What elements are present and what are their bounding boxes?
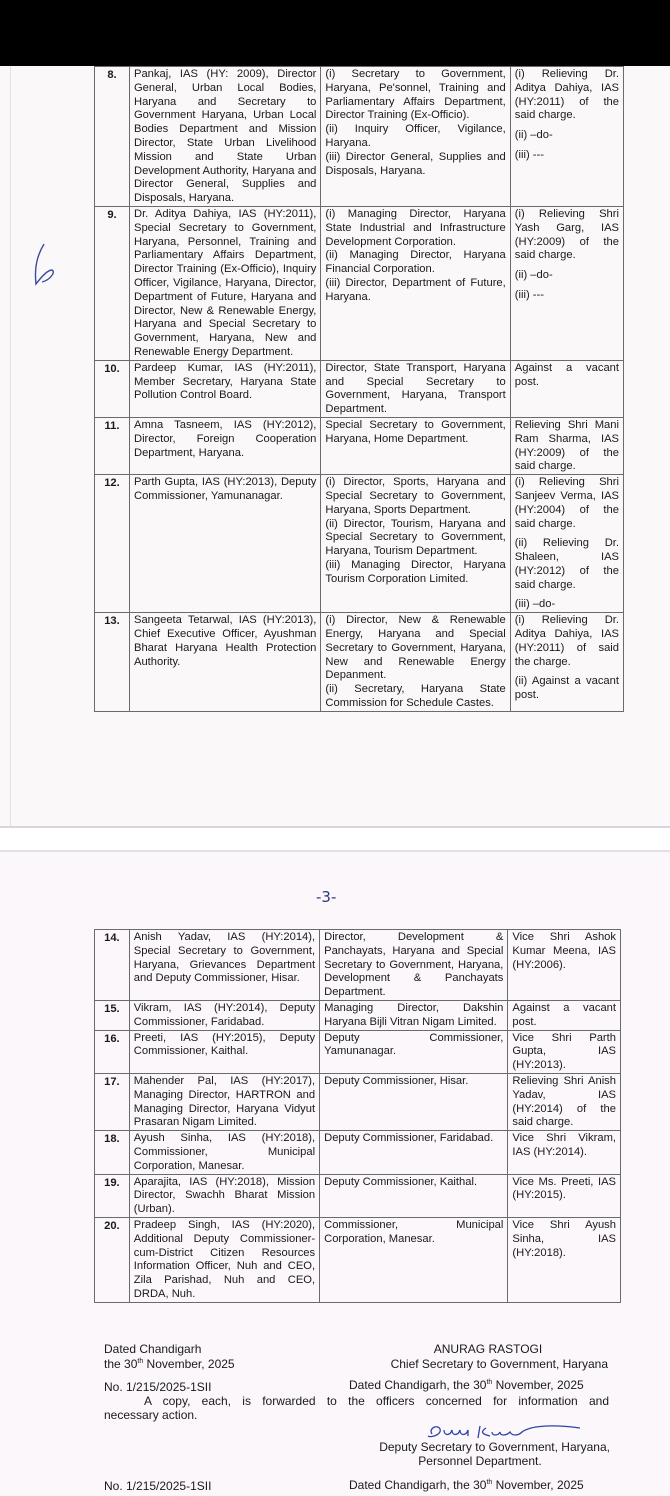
officer-cell: Pradeep Singh, IAS (HY:2020), Additional… [129, 1217, 319, 1302]
dated-date: the 30th November, 2025 [104, 1357, 235, 1371]
remark-item: (ii) Against a vacant post. [515, 675, 619, 703]
serial-number: 8. [95, 67, 130, 207]
posting-cell: (i) Managing Director, Haryana State Ind… [321, 206, 510, 360]
remarks-cell: Vice Ms. Preeti, IAS (HY:2015). [508, 1174, 621, 1217]
serial-number: 17. [95, 1073, 130, 1130]
posting-item: (i) Director, Sports, Haryana and Specia… [325, 476, 505, 517]
memo-number-2: No. 1/215/2025-1SII [104, 1479, 211, 1493]
officer-cell: Vikram, IAS (HY:2014), Deputy Commission… [129, 1000, 319, 1030]
serial-number: 15. [95, 1000, 130, 1030]
forward-text: A copy, each, is forwarded to the office… [104, 1394, 609, 1408]
posting-item: (i) Director, New & Renewable Energy, Ha… [325, 614, 505, 683]
serial-number: 13. [95, 613, 130, 712]
remark-item: Vice Shri Parth Gupta, IAS (HY:2013). [512, 1032, 616, 1073]
remark-item: Relieving Shri Anish Yadav, IAS (HY:2014… [512, 1075, 616, 1130]
officer-cell: Pardeep Kumar, IAS (HY:2011), Member Sec… [129, 360, 320, 417]
remark-item: Against a vacant post. [515, 362, 619, 390]
table-row: 17.Mahender Pal, IAS (HY:2017), Managing… [95, 1073, 621, 1130]
serial-number: 18. [95, 1131, 130, 1174]
table-row: 8.Pankaj, IAS (HY: 2009), Director Gener… [95, 67, 624, 207]
table-row: 11.Amna Tasneem, IAS (HY:2012), Director… [95, 417, 624, 474]
officer-cell: Pankaj, IAS (HY: 2009), Director General… [129, 67, 320, 207]
signature-icon [420, 1420, 590, 1442]
table-row: 15.Vikram, IAS (HY:2014), Deputy Commiss… [95, 1000, 621, 1030]
remark-item: (ii) –do- [515, 129, 619, 143]
top-black-bar [0, 0, 670, 66]
memo-date-1: Dated Chandigarh, the 30th November, 202… [349, 1378, 584, 1392]
remark-item: Relieving Shri Mani Ram Sharma, IAS (HY:… [515, 419, 619, 474]
posting-cell: (i) Secretary to Government, Haryana, Pe… [321, 67, 510, 207]
table-row: 20.Pradeep Singh, IAS (HY:2020), Additio… [95, 1217, 621, 1302]
posting-item: (ii) Inquiry Officer, Vigilance, Haryana… [325, 123, 505, 151]
officer-cell: Anish Yadav, IAS (HY:2014), Special Secr… [129, 930, 319, 1001]
remark-item: Vice Ms. Preeti, IAS (HY:2015). [512, 1176, 616, 1204]
officer-cell: Parth Gupta, IAS (HY:2013), Deputy Commi… [129, 475, 320, 613]
posting-cell: (i) Director, Sports, Haryana and Specia… [321, 475, 510, 613]
posting-item: (ii) Managing Director, Haryana Financia… [325, 249, 505, 277]
remark-item: Vice Shri Ashok Kumar Meena, IAS (HY:200… [512, 931, 616, 972]
memo-date-2: Dated Chandigarh, the 30th November, 202… [349, 1478, 584, 1492]
serial-number: 9. [95, 206, 130, 360]
posting-cell: Deputy Commissioner, Faridabad. [320, 1131, 508, 1174]
remarks-cell: Against a vacant post. [510, 360, 623, 417]
posting-item: (i) Secretary to Government, Haryana, Pe… [325, 68, 505, 123]
serial-number: 14. [95, 930, 130, 1001]
handwritten-initial-icon [30, 240, 60, 290]
officer-cell: Amna Tasneem, IAS (HY:2012), Director, F… [129, 417, 320, 474]
table-row: 19.Aparajita, IAS (HY:2018), Mission Dir… [95, 1174, 621, 1217]
dated-place: Dated Chandigarh [104, 1342, 201, 1356]
posting-cell: Director, Development & Panchayats, Hary… [320, 930, 508, 1001]
page-edge [0, 66, 11, 826]
officer-cell: Sangeeta Tetarwal, IAS (HY:2013), Chief … [129, 613, 320, 712]
deputy-secretary-title: Deputy Secretary to Government, Haryana, [355, 1440, 610, 1454]
remarks-cell: (i) Relieving Dr. Aditya Dahiya, IAS (HY… [510, 67, 623, 207]
posting-item: (i) Managing Director, Haryana State Ind… [325, 208, 505, 249]
table-row: 12.Parth Gupta, IAS (HY:2013), Deputy Co… [95, 475, 624, 613]
posting-cell: Deputy Commissioner, Yamunanagar. [320, 1030, 508, 1073]
remark-item: Against a vacant post. [512, 1002, 616, 1030]
posting-item: Deputy Commissioner, Yamunanagar. [324, 1032, 503, 1060]
posting-table-page-3: 14.Anish Yadav, IAS (HY:2014), Special S… [94, 929, 621, 1303]
posting-cell: Special Secretary to Government, Haryana… [321, 417, 510, 474]
posting-item: Special Secretary to Government, Haryana… [325, 419, 505, 447]
remark-item: Vice Shri Vikram, IAS (HY:2014). [512, 1132, 616, 1160]
posting-table-page-2: 8.Pankaj, IAS (HY: 2009), Director Gener… [94, 66, 624, 712]
page-number: -3- [316, 888, 336, 906]
table-row: 14.Anish Yadav, IAS (HY:2014), Special S… [95, 930, 621, 1001]
posting-item: Deputy Commissioner, Kaithal. [324, 1176, 503, 1190]
table-row: 13.Sangeeta Tetarwal, IAS (HY:2013), Chi… [95, 613, 624, 712]
remarks-cell: Relieving Shri Anish Yadav, IAS (HY:2014… [508, 1073, 621, 1130]
posting-cell: Director, State Transport, Haryana and S… [321, 360, 510, 417]
remark-item: (i) Relieving Shri Yash Garg, IAS (HY:20… [515, 208, 619, 263]
serial-number: 10. [95, 360, 130, 417]
serial-number: 12. [95, 475, 130, 613]
posting-cell: (i) Director, New & Renewable Energy, Ha… [321, 613, 510, 712]
remark-item: (i) Relieving Dr. Aditya Dahiya, IAS (HY… [515, 614, 619, 669]
table-row: 10.Pardeep Kumar, IAS (HY:2011), Member … [95, 360, 624, 417]
remarks-cell: Vice Shri Ashok Kumar Meena, IAS (HY:200… [508, 930, 621, 1001]
remark-item: (i) Relieving Dr. Aditya Dahiya, IAS (HY… [515, 68, 619, 123]
remarks-cell: (i) Relieving Shri Sanjeev Verma, IAS (H… [510, 475, 623, 613]
forward-text-cont: necessary action. [104, 1408, 197, 1422]
posting-item: (iii) Director General, Supplies and Dis… [325, 151, 505, 179]
remarks-cell: Vice Shri Parth Gupta, IAS (HY:2013). [508, 1030, 621, 1073]
officer-cell: Ayush Sinha, IAS (HY:2018), Commissioner… [129, 1131, 319, 1174]
posting-item: Director, State Transport, Haryana and S… [325, 362, 505, 417]
posting-item: Commissioner, Municipal Corporation, Man… [324, 1219, 503, 1247]
signatory-title: Chief Secretary to Government, Haryana [368, 1357, 608, 1371]
posting-item: (ii) Secretary, Haryana State Commission… [325, 683, 505, 711]
posting-item: Deputy Commissioner, Faridabad. [324, 1132, 503, 1146]
posting-item: Managing Director, Dakshin Haryana Bijli… [324, 1002, 503, 1030]
remark-item: (iii) --- [515, 149, 619, 163]
posting-cell: Managing Director, Dakshin Haryana Bijli… [320, 1000, 508, 1030]
remark-item: (ii) Relieving Dr. Shaleen, IAS (HY:2012… [515, 537, 619, 592]
officer-cell: Aparajita, IAS (HY:2018), Mission Direct… [129, 1174, 319, 1217]
posting-cell: Commissioner, Municipal Corporation, Man… [320, 1217, 508, 1302]
remarks-cell: Relieving Shri Mani Ram Sharma, IAS (HY:… [510, 417, 623, 474]
serial-number: 20. [95, 1217, 130, 1302]
table-row: 16.Preeti, IAS (HY:2015), Deputy Commiss… [95, 1030, 621, 1073]
posting-cell: Deputy Commissioner, Kaithal. [320, 1174, 508, 1217]
remarks-cell: Against a vacant post. [508, 1000, 621, 1030]
memo-number-1: No. 1/215/2025-1SII [104, 1380, 211, 1394]
officer-cell: Mahender Pal, IAS (HY:2017), Managing Di… [129, 1073, 319, 1130]
posting-item: (iii) Managing Director, Haryana Tourism… [325, 559, 505, 587]
serial-number: 11. [95, 417, 130, 474]
remark-item: (iii) --- [515, 289, 619, 303]
serial-number: 16. [95, 1030, 130, 1073]
remark-item: (i) Relieving Shri Sanjeev Verma, IAS (H… [515, 476, 619, 531]
posting-item: (ii) Director, Tourism, Haryana and Spec… [325, 518, 505, 559]
remarks-cell: Vice Shri Ayush Sinha, IAS (HY:2018). [508, 1217, 621, 1302]
remarks-cell: (i) Relieving Dr. Aditya Dahiya, IAS (HY… [510, 613, 623, 712]
posting-item: (iii) Director, Department of Future, Ha… [325, 277, 505, 305]
posting-item: Director, Development & Panchayats, Hary… [324, 931, 503, 1000]
remark-item: (iii) –do- [515, 598, 619, 612]
department-name: Personnel Department. [355, 1454, 605, 1468]
remark-item: Vice Shri Ayush Sinha, IAS (HY:2018). [512, 1219, 616, 1260]
table-row: 18.Ayush Sinha, IAS (HY:2018), Commissio… [95, 1131, 621, 1174]
posting-item: Deputy Commissioner, Hisar. [324, 1075, 503, 1089]
signatory-name: ANURAG RASTOGI [368, 1342, 608, 1356]
remark-item: (ii) –do- [515, 269, 619, 283]
officer-cell: Preeti, IAS (HY:2015), Deputy Commission… [129, 1030, 319, 1073]
table-row: 9.Dr. Aditya Dahiya, IAS (HY:2011), Spec… [95, 206, 624, 360]
remarks-cell: (i) Relieving Shri Yash Garg, IAS (HY:20… [510, 206, 623, 360]
posting-cell: Deputy Commissioner, Hisar. [320, 1073, 508, 1130]
remarks-cell: Vice Shri Vikram, IAS (HY:2014). [508, 1131, 621, 1174]
serial-number: 19. [95, 1174, 130, 1217]
officer-cell: Dr. Aditya Dahiya, IAS (HY:2011), Specia… [129, 206, 320, 360]
